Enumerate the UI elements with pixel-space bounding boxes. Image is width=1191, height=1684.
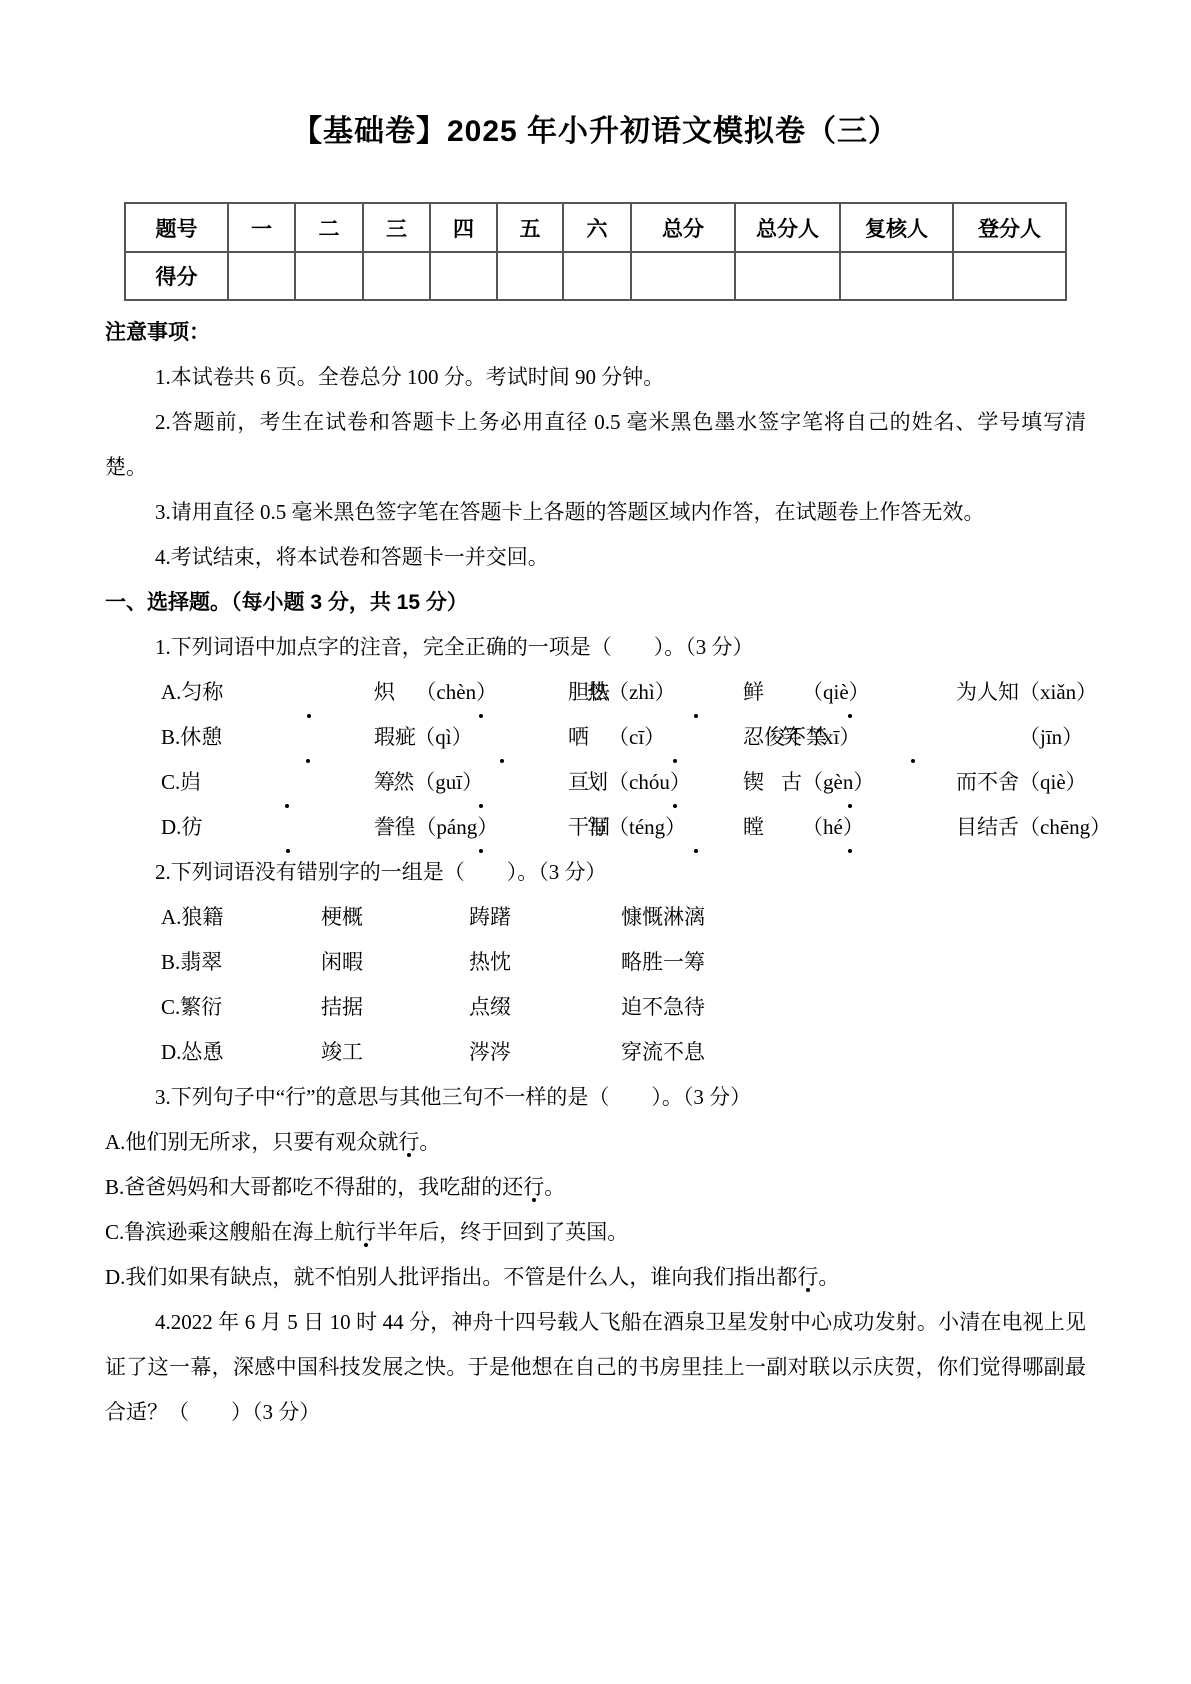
q2-option-word: 闲暇 [321, 940, 469, 985]
q3-option-d: D.我们如果有缺点，就不怕别人批评指出。不管是什么人，谁向我们指出都行。 [105, 1255, 1086, 1300]
q1-option-word: 胆怯（qiè） [568, 670, 743, 715]
q2-option-word: 略胜一筹 [621, 940, 705, 985]
q1-option-row-b: B.休憩（qì） 瑕疵（cī） 哂笑（xī） 忍俊不禁（jīn） [161, 715, 1086, 760]
score-cell-empty [497, 252, 563, 300]
q1-option-word: 瑕疵（cī） [374, 715, 568, 760]
q2-option-word: 竣工 [321, 1030, 469, 1075]
q2-option-word: 热忱 [469, 940, 621, 985]
q2-option-row-d: D.怂恿 竣工 涔涔 穿流不息 [161, 1030, 1086, 1075]
score-cell-empty [840, 252, 953, 300]
score-cell-empty [228, 252, 295, 300]
score-table-header-cell: 复核人 [840, 203, 953, 252]
q2-option-word: 梗概 [321, 895, 469, 940]
exam-paper-page: 【基础卷】2025 年小升初语文模拟卷（三） 题号 一 二 三 四 五 六 总分… [0, 0, 1191, 1684]
q1-option-row-c: C.岿然（guī） 筹划（chóu） 亘古（gèn） 锲而不舍（qiè） [161, 760, 1086, 805]
q2-option-word: 迫不急待 [621, 985, 705, 1030]
score-cell-empty [631, 252, 735, 300]
q2-option-row-b: B.翡翠 闲暇 热忱 略胜一筹 [161, 940, 1086, 985]
q1-option-word: 哂笑（xī） [568, 715, 743, 760]
note-item-2: 2.答题前，考生在试卷和答题卡上务必用直径 0.5 毫米黑色墨水签字笔将自己的姓… [105, 400, 1086, 490]
q2-option-word: 点缀 [469, 985, 621, 1030]
score-table-header-cell: 题号 [125, 203, 228, 252]
q2-option-row-a: A.狼籍 梗概 踌躇 慷慨淋漓 [161, 895, 1086, 940]
q1-option-word: 亘古（gèn） [568, 760, 743, 805]
score-table-value-row: 得分 [125, 252, 1066, 300]
q1-option-word: 鲜为人知（xiǎn） [743, 670, 1097, 715]
q1-option-word: B.休憩（qì） [161, 715, 374, 760]
note-item-3: 3.请用直径 0.5 毫米黑色签字笔在答题卡上各题的答题区域内作答，在试题卷上作… [105, 490, 1086, 535]
score-cell-empty [430, 252, 497, 300]
score-table-header-cell: 五 [497, 203, 563, 252]
q1-stem: 1.下列词语中加点字的注音，完全正确的一项是（ ）。（3 分） [105, 625, 1086, 670]
q2-option-word: A.狼籍 [161, 895, 321, 940]
q1-option-word: 锲而不舍（qiè） [743, 760, 1087, 805]
score-table-header-cell: 登分人 [953, 203, 1066, 252]
q2-stem: 2.下列词语没有错别字的一组是（ ）。（3 分） [105, 850, 1086, 895]
q2-option-word: 拮据 [321, 985, 469, 1030]
q2-option-word: 慷慨淋漓 [621, 895, 705, 940]
score-table-header-cell: 二 [295, 203, 363, 252]
q1-option-word: 誊写（téng） [374, 805, 568, 850]
score-table-header-cell: 一 [228, 203, 295, 252]
score-table-header-cell: 总分 [631, 203, 735, 252]
q4-stem: 4.2022 年 6 月 5 日 10 时 44 分，神舟十四号载人飞船在酒泉卫… [105, 1300, 1086, 1435]
q1-option-word: 瞠目结舌（chēng） [743, 805, 1111, 850]
q3-option-b: B.爸爸妈妈和大哥都吃不得甜的，我吃甜的还行。 [105, 1165, 1086, 1210]
q3-stem: 3.下列句子中“行”的意思与其他三句不一样的是（ ）。（3 分） [105, 1075, 1086, 1120]
exam-body: 注意事项： 1.本试卷共 6 页。全卷总分 100 分。考试时间 90 分钟。 … [105, 310, 1086, 1435]
q1-option-word: C.岿然（guī） [161, 760, 374, 805]
page-title: 【基础卷】2025 年小升初语文模拟卷（三） [0, 0, 1191, 150]
note-item-4: 4.考试结束，将本试卷和答题卡一并交回。 [105, 535, 1086, 580]
score-table-header-cell: 三 [363, 203, 430, 252]
q1-option-word: 炽热（zhì） [374, 670, 568, 715]
score-cell-empty [295, 252, 363, 300]
score-cell-empty [363, 252, 430, 300]
q2-option-word: 涔涔 [469, 1030, 621, 1075]
q2-option-word: 踌躇 [469, 895, 621, 940]
q1-option-row-d: D.彷徨（páng） 誊写（téng） 干涸（hé） 瞠目结舌（chēng） [161, 805, 1086, 850]
q3-option-c: C.鲁滨逊乘这艘船在海上航行半年后，终于回到了英国。 [105, 1210, 1086, 1255]
q1-option-word: 筹划（chóu） [374, 760, 568, 805]
section-one-heading: 一、选择题。（每小题 3 分，共 15 分） [105, 580, 1086, 625]
q1-option-row-a: A.匀称（chèn） 炽热（zhì） 胆怯（qiè） 鲜为人知（xiǎn） [161, 670, 1086, 715]
note-item-1: 1.本试卷共 6 页。全卷总分 100 分。考试时间 90 分钟。 [105, 355, 1086, 400]
score-row-label: 得分 [125, 252, 228, 300]
q1-option-word: 干涸（hé） [568, 805, 743, 850]
notes-heading: 注意事项： [105, 310, 1086, 355]
score-table-header-cell: 四 [430, 203, 497, 252]
q1-option-word: 忍俊不禁（jīn） [743, 715, 1083, 760]
q2-option-word: B.翡翠 [161, 940, 321, 985]
q2-option-row-c: C.繁衍 拮据 点缀 迫不急待 [161, 985, 1086, 1030]
score-table: 题号 一 二 三 四 五 六 总分 总分人 复核人 登分人 得分 [124, 202, 1067, 301]
q2-option-word: D.怂恿 [161, 1030, 321, 1075]
q2-option-word: C.繁衍 [161, 985, 321, 1030]
q1-option-word: D.彷徨（páng） [161, 805, 374, 850]
score-cell-empty [735, 252, 840, 300]
score-cell-empty [953, 252, 1066, 300]
score-table-header-row: 题号 一 二 三 四 五 六 总分 总分人 复核人 登分人 [125, 203, 1066, 252]
score-cell-empty [563, 252, 631, 300]
q3-option-a: A.他们别无所求，只要有观众就行。 [105, 1120, 1086, 1165]
q1-option-word: A.匀称（chèn） [161, 670, 374, 715]
score-table-header-cell: 六 [563, 203, 631, 252]
score-table-header-cell: 总分人 [735, 203, 840, 252]
q2-option-word: 穿流不息 [621, 1030, 705, 1075]
